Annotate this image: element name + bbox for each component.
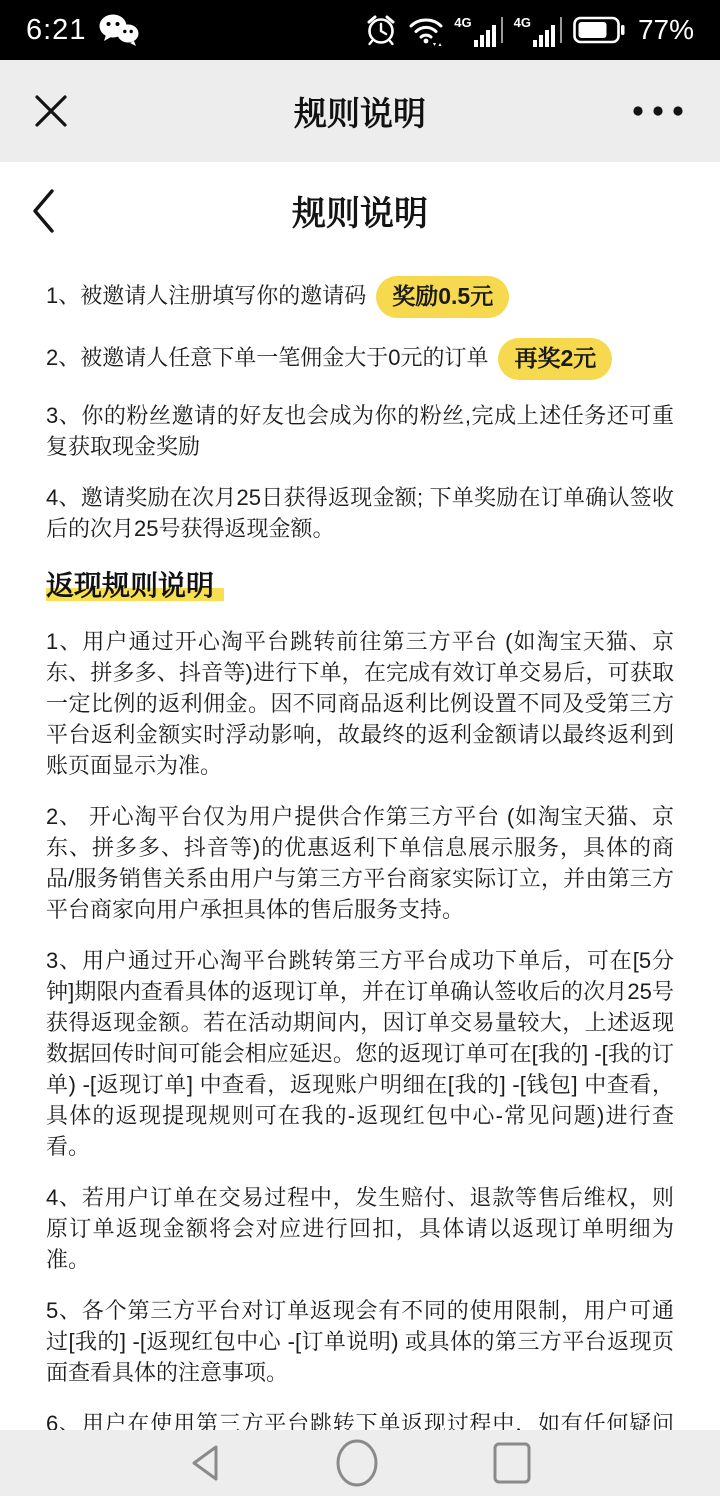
cellular-signal-sim2: 4G (514, 12, 564, 48)
invite-rule-4: 4、邀请奖励在次月25日获得返现金额; 下单奖励在订单确认签收后的次月25号获得… (46, 482, 674, 544)
wifi-icon (407, 13, 445, 47)
highlighted-heading-text: 返现规则说明 (46, 570, 224, 601)
reward-badge: 再奖2元 (498, 338, 612, 380)
nav-back-button[interactable] (188, 1443, 222, 1483)
status-bar: 6:21 4G (0, 0, 720, 60)
invite-rule-text: 1、被邀请人注册填写你的邀请码 (46, 283, 366, 308)
close-icon[interactable] (32, 92, 70, 130)
battery-percent: 77% (638, 14, 694, 46)
cashback-rule-3: 3、用户通过开心淘平台跳转第三方平台成功下单后，可在[5分钟]期限内查看具体的返… (46, 945, 674, 1162)
cashback-rule-5: 5、各个第三方平台对订单返现会有不同的使用限制，用户可通过[我的] -[返现红包… (46, 1295, 674, 1388)
signal-bars-icon (473, 16, 499, 48)
nav-recents-icon (492, 1441, 532, 1485)
invite-rule-text: 2、被邀请人任意下单一笔佣金大于0元的订单 (46, 345, 488, 370)
wechat-notification-icon (98, 12, 140, 48)
cellular-signal-sim1: 4G (454, 12, 504, 48)
nav-recents-button[interactable] (492, 1441, 532, 1485)
network-type-label: 4G (454, 16, 471, 29)
android-nav-bar (0, 1430, 720, 1496)
cashback-rule-1: 1、用户通过开心淘平台跳转前往第三方平台 (如淘宝天猫、京东、拼多多、抖音等)进… (46, 626, 674, 781)
cashback-rule-2: 2、 开心淘平台仅为用户提供合作第三方平台 (如淘宝天猫、京东、拼多多、抖音等)… (46, 801, 674, 925)
page-title-row: 规则说明 (0, 162, 720, 230)
webview-header: 规则说明 (0, 60, 720, 162)
status-bar-left: 6:21 (26, 12, 140, 48)
back-chevron-icon[interactable] (30, 188, 56, 234)
clock-time: 6:21 (26, 14, 86, 47)
cashback-rule-4: 4、若用户订单在交易过程中，发生赔付、退款等售后维权，则原订单返现金额将会对应进… (46, 1182, 674, 1275)
invite-rule-2: 2、被邀请人任意下单一笔佣金大于0元的订单再奖2元 (46, 338, 674, 380)
reward-badge: 奖励0.5元 (376, 276, 509, 318)
rules-page: 规则说明 1、被邀请人注册填写你的邀请码奖励0.5元 2、被邀请人任意下单一笔佣… (0, 162, 720, 1430)
alarm-clock-icon (364, 13, 398, 47)
status-bar-right: 4G 4G 77% (364, 12, 694, 48)
more-menu-icon[interactable] (630, 104, 686, 118)
signal-bars-icon (532, 16, 558, 48)
webview-title: 规则说明 (0, 88, 720, 135)
network-type-label: 4G (514, 16, 531, 29)
nav-home-button[interactable] (334, 1438, 380, 1488)
cashback-section-heading: 返现规则说明 (46, 564, 674, 604)
page-title: 规则说明 (0, 186, 720, 235)
battery-icon (573, 15, 625, 45)
invite-rule-1: 1、被邀请人注册填写你的邀请码奖励0.5元 (46, 276, 674, 318)
nav-home-icon (334, 1438, 380, 1488)
rules-body: 1、被邀请人注册填写你的邀请码奖励0.5元 2、被邀请人任意下单一笔佣金大于0元… (0, 276, 720, 1430)
invite-rule-3: 3、你的粉丝邀请的好友也会成为你的粉丝,完成上述任务还可重复获取现金奖励 (46, 400, 674, 462)
nav-back-icon (188, 1443, 222, 1483)
cashback-rule-6: 6、用户在使用第三方平台跳转下单返现过程中，如有任何疑问的，请联系开心淘客服。 (46, 1408, 674, 1430)
